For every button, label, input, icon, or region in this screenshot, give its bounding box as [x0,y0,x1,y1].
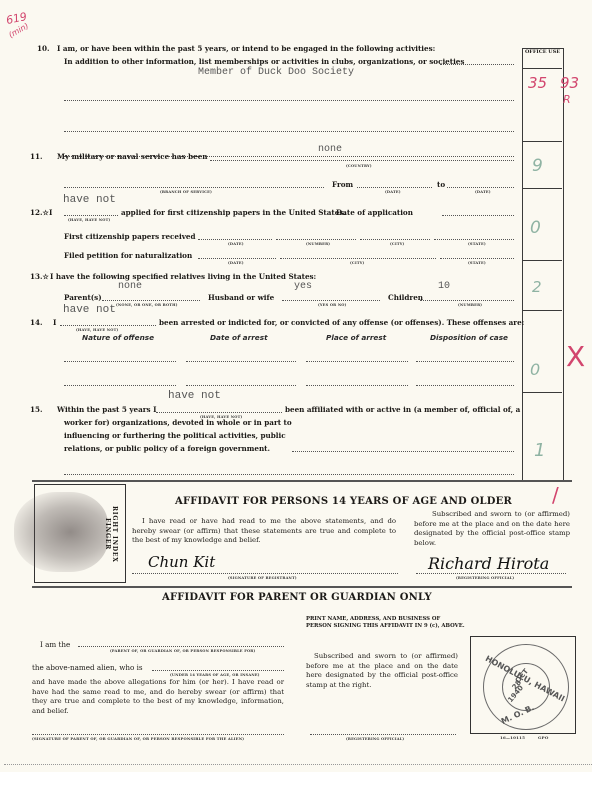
official-signature[interactable]: Richard Hirota [428,554,549,573]
registration-form-page: 619 (min) OFFICE USE 35 93 R 9 0 2 0 X 1… [0,0,592,772]
office-code-q10: 35 [528,74,547,92]
q11-country-label: (COUNTRY) [346,164,372,168]
affidavit-adult-sworn: Subscribed and sworn to (or affirmed) be… [414,510,570,548]
q14-row2-place [306,385,408,386]
side-mark-q10-sub: R [563,93,571,106]
q14-row1-place [306,361,408,362]
office-code-q13: 2 [532,278,542,296]
q13-spouse-label: Husband or wife [208,293,274,302]
q14-row2-nature [64,385,176,386]
q11-text: My military or naval service has been [57,152,208,161]
office-code-q12: 0 [530,218,541,238]
guardian-signature-label: (SIGNATURE OF PARENT OF, OR GUARDIAN OF,… [32,737,244,741]
q15-text-2: worker for) organizations, devoted in wh… [64,418,292,427]
q12-received-city-label: (CITY) [390,242,404,246]
q14-col-disposition: Disposition of case [430,333,508,342]
registrant-signature-label: (SIGNATURE OF REGISTRANT) [228,576,297,580]
q11-to-date-label: (DATE) [475,190,491,194]
q12-received-state-label: (STATE) [468,242,486,246]
office-code-q14: 0 [530,360,540,379]
q12-text: applied for first citizenship papers in … [121,208,346,217]
q12-answer[interactable]: have not [63,194,116,206]
q12-received-date-label: (DATE) [228,242,244,246]
q13-parents-value[interactable]: none [118,281,142,292]
q15-prefix: Within the past 5 years I [57,405,156,414]
q14-col-date: Date of arrest [210,333,268,342]
office-code-q11: 9 [532,156,543,176]
q13-spouse-hint: (YES OR NO) [318,303,347,307]
office-code-q15: 1 [534,440,545,461]
q14-answer[interactable]: have not [63,304,116,316]
q15-text-1: been affiliated with or active in (a mem… [285,405,520,414]
q13-number: 13.☆ [30,272,49,281]
q14-row1-disposition [416,361,514,362]
q14-row2-disposition [416,385,514,386]
guardian-i-am: I am the [40,640,70,649]
q14-row1-date [186,361,296,362]
q12-received-label: First citizenship papers received [64,232,196,241]
fingerprint-impression [14,492,108,572]
q12-petition-state-label: (STATE) [468,261,486,265]
q13-parents-hint: (NONE, OR ONE, OR BOTH) [116,303,178,307]
section-divider [32,480,572,482]
q14-prefix: I [53,318,56,327]
affidavit-adult-statement: I have read or have had read to me the a… [132,517,396,546]
form-code: 16—10115 [500,735,525,740]
affidavit-guardian-title: AFFIDAVIT FOR PARENT OR GUARDIAN ONLY [162,592,432,603]
q10-number: 10. [37,44,50,53]
page-bottom-edge [4,764,592,765]
q10-line-2 [64,131,514,132]
guardian-print-name-label: PRINT NAME, ADDRESS, AND BUSINESS OF PER… [306,616,466,630]
guardian-alien-line: the above-named alien, who is [32,663,143,672]
guardian-i-am-hint: (PARENT OF, OR GUARDIAN OF, OR PERSON RE… [110,649,255,653]
section-divider-2 [32,586,572,588]
q10-answer[interactable]: Member of Duck Doo Society [198,67,354,78]
q12-petition-city-label: (CITY) [350,261,364,265]
guardian-statement: and have made the above allegations for … [32,678,284,716]
q11-from-date-label: (DATE) [385,190,401,194]
q11-number: 11. [30,152,43,161]
q12-petition-label: Filed petition for naturalization [64,251,192,260]
q10-text: I am, or have been within the past 5 yea… [57,44,435,53]
q14-number: 14. [30,318,43,327]
q12-petition-date-label: (DATE) [228,261,244,265]
q14-have-label: (HAVE, HAVE NOT) [76,328,118,332]
q15-answer[interactable]: have not [168,390,221,402]
q14-col-nature: Nature of offense [82,333,154,342]
q12-date-label: Date of application [336,208,413,217]
q15-number: 15. [30,405,43,414]
q11-to-label: to [437,180,445,189]
q14-row2-date [186,385,296,386]
q14-col-place: Place of arrest [326,333,386,342]
fingerprint-label: RIGHT INDEX FINGER [106,492,118,576]
q12-received-number-label: (NUMBER) [306,242,330,246]
side-mark-affidavit: / [552,483,559,507]
q14-text: been arrested or indicted for, or convic… [159,318,524,327]
q13-text: I have the following specified relatives… [50,272,316,281]
q12-number: 12.☆I [30,208,52,217]
q13-spouse-value[interactable]: yes [294,281,312,292]
official-signature-label: (REGISTERING OFFICIAL) [456,576,514,580]
q13-children-value[interactable]: 10 [438,281,450,292]
q11-from-label: From [332,180,353,189]
office-use-header: OFFICE USE [523,50,562,56]
q10-line-1 [64,100,514,101]
q14-row1-nature [64,361,176,362]
office-use-column [522,48,564,481]
q15-text-4: relations, or public policy of a foreign… [64,444,270,453]
q13-parents-label: Parent(s) [64,293,102,302]
q15-text-3: influencing or furthering the political … [64,431,286,440]
side-mark-q14: X [566,340,585,373]
q15-line-2 [64,474,514,475]
affidavit-adult-title: AFFIDAVIT FOR PERSONS 14 YEARS OF AGE AN… [175,496,512,507]
q11-answer[interactable]: none [318,144,342,155]
q11-branch-label: (BRANCH OF SERVICE) [160,190,212,194]
printer-code: GPO [538,735,549,740]
q13-children-hint: (NUMBER) [458,303,482,307]
guardian-sworn: Subscribed and sworn to (or affirmed) be… [306,652,458,690]
side-mark-q10: 93 [560,74,579,92]
q10-subtext: In addition to other information, list m… [64,57,464,66]
guardian-alien-hint: (UNDER 14 YEARS OF AGE, OR INSANE) [170,673,260,677]
q12-have-label: (HAVE, HAVE NOT) [68,218,110,222]
q13-children-label: Children [388,293,423,302]
guardian-official-label: (REGISTERING OFFICIAL) [346,737,404,741]
registrant-signature[interactable]: Chun Kit [148,553,215,571]
